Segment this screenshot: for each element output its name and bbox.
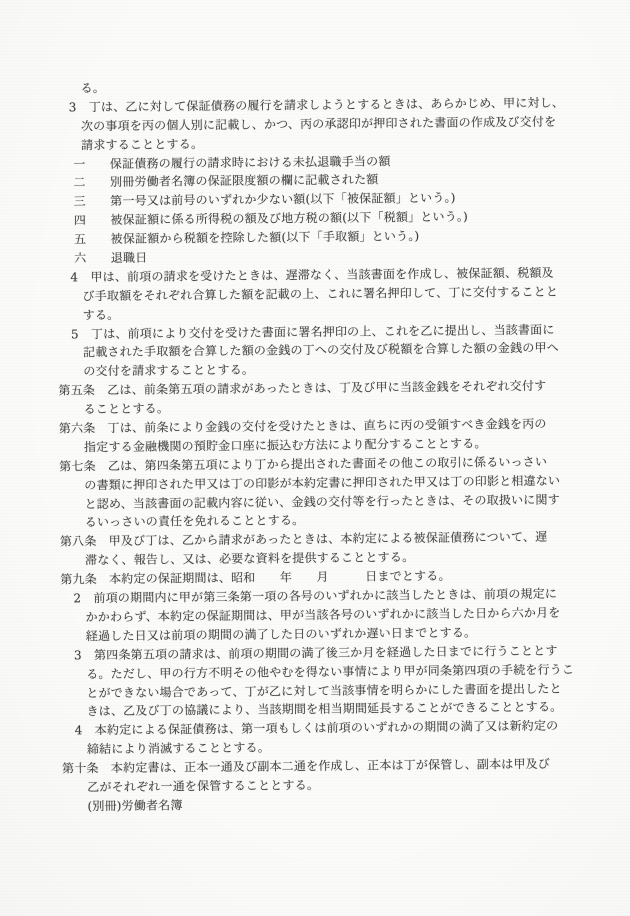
document-line: (別冊)労働者名簿 <box>62 792 576 816</box>
scanned-page: る。3 丁は、乙に対して保証債務の履行を請求しようとするときは、あらかじめ、甲に… <box>0 0 630 916</box>
agreement-text-block: る。3 丁は、乙に対して保証債務の履行を請求しようとするときは、あらかじめ、甲に… <box>55 75 576 817</box>
